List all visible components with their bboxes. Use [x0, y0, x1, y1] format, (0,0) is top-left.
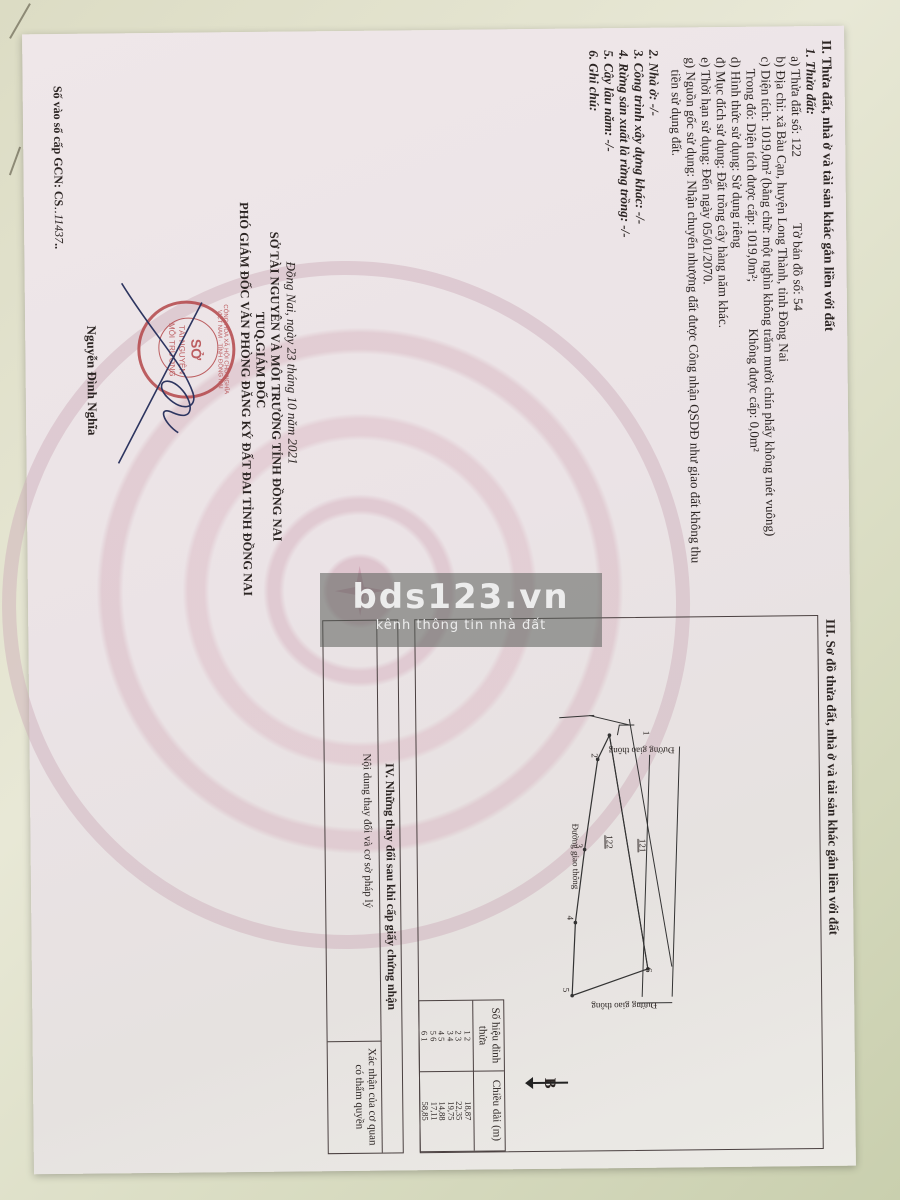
production-forest: 4. Rừng sản xuất là rừng trồng: -/-: [616, 50, 633, 238]
land-heading: 1. Thửa đất:: [803, 48, 819, 115]
section-plot-diagram: III. Sơ đồ thửa đất, nhà ở và tài sản kh…: [28, 601, 856, 1175]
edge-length: 58,85: [420, 1073, 430, 1149]
on-behalf: TUQ.GIÁM ĐỐC: [252, 312, 268, 409]
watermark-tagline: kênh thông tin nhà đất: [320, 617, 602, 635]
use-purpose: đ) Mục đích sử dụng: Đất trồng cây hàng …: [713, 57, 731, 328]
vertex-1: 1: [641, 731, 651, 736]
map-sheet-number: 54: [791, 298, 806, 311]
vertex-5: 5: [561, 988, 571, 993]
area-not-granted: Không được cấp: 0,0m²: [746, 329, 762, 452]
parcel-number: 122: [789, 137, 804, 157]
watermark-brand: bds123.vn: [320, 577, 602, 617]
other-works: 3. Công trình xây dựng khác: -/-: [631, 50, 648, 224]
parcel-label-121: 121: [638, 839, 648, 853]
bds123-watermark: bds123.vn kênh thông tin nhà đất: [320, 573, 602, 647]
parcel-label-122: 122: [604, 835, 614, 849]
notes: 6. Ghi chú:: [586, 50, 602, 111]
origin-continued: tiền sử dụng đất.: [668, 69, 684, 156]
vertex-pair: 6 1: [420, 1001, 430, 1071]
road-label-side: Đường giao thông: [570, 824, 581, 890]
parcel-label: a) Thửa đất số:: [788, 56, 804, 134]
edge-length: 19,75: [446, 1073, 456, 1149]
edge-length: 18,87: [463, 1073, 473, 1149]
road-label-top: Đường giao thông: [609, 745, 675, 756]
section4-title: IV. Những thay đổi sau khi cấp giấy chứn…: [381, 620, 400, 1152]
column-change-content: Nội dung thay đổi và cơ sở pháp lý: [358, 621, 375, 1041]
signer-name: Nguyễn Đình Nghĩa: [84, 326, 100, 436]
vertex-6: 6: [644, 968, 654, 973]
north-symbol: B: [542, 1078, 557, 1089]
vertex-pair: 3 4: [445, 1001, 455, 1071]
cert-register-label: Số vào sổ cấp GCN: CS: [51, 86, 66, 206]
section3-title: III. Sơ đồ thửa đất, nhà ở và tài sản kh…: [823, 619, 841, 935]
section-land-info: II. Thửa đất, nhà ở và tài sản khác gắn …: [22, 26, 850, 595]
column-authority-confirmation: Xác nhận của cơ quan có thẩm quyền: [352, 1045, 379, 1149]
edge-length: 17,11: [429, 1073, 439, 1149]
vertex-3: 3: [575, 843, 585, 848]
department: SỞ TÀI NGUYÊN VÀ MÔI TRƯỜNG TỈNH ĐỒNG NA…: [266, 232, 284, 542]
table-header-vertex: Số hiệu đỉnh thửa: [475, 1000, 502, 1070]
area-granted: Trong đó: Diện tích được cấp: 1019,0m²;: [743, 69, 760, 283]
perennial-trees: 5. Cây lâu năm: -/-: [601, 50, 617, 152]
road-label-bottom: Đường giao thông: [591, 1001, 657, 1012]
vertex-pair: 1 2: [462, 1001, 472, 1071]
use-form: d) Hình thức sử dụng: Sử dụng riêng: [728, 57, 745, 248]
handwritten-signature: [112, 272, 224, 473]
parcel-number-row: a) Thửa đất số: 122 Tờ bản đồ số: 54: [788, 56, 806, 311]
use-term: e) Thời hạn sử dụng: Đến ngày 05/01/2070…: [698, 57, 715, 285]
map-sheet-label: Tờ bản đồ số:: [790, 223, 806, 295]
signer-title: PHÓ GIÁM ĐỐC VĂN PHÒNG ĐĂNG KÝ ĐẤT ĐAI T…: [236, 202, 255, 596]
floor-tile-seam: [9, 147, 21, 176]
table-header-length: Chiều dài (m): [489, 1072, 503, 1148]
changes-table: IV. Những thay đổi sau khi cấp giấy chứn…: [322, 619, 404, 1154]
vertex-4: 4: [565, 916, 575, 921]
vertex-2: 2: [590, 753, 600, 758]
cert-register: Số vào sổ cấp GCN: CS..11437..: [50, 86, 67, 249]
house: 2. Nhà ở: -/-: [646, 50, 662, 116]
vertex-pair: 5 6: [428, 1001, 438, 1071]
vertex-length-table: Số hiệu đỉnh thửa Chiều dài (m) 1 218,87…: [418, 999, 506, 1152]
section2-title: II. Thửa đất, nhà ở và tài sản khác gắn …: [819, 40, 837, 332]
place-date: Đồng Nai, ngày 23 tháng 10 năm 2021: [283, 261, 300, 464]
cert-register-number: 11437: [52, 214, 66, 243]
